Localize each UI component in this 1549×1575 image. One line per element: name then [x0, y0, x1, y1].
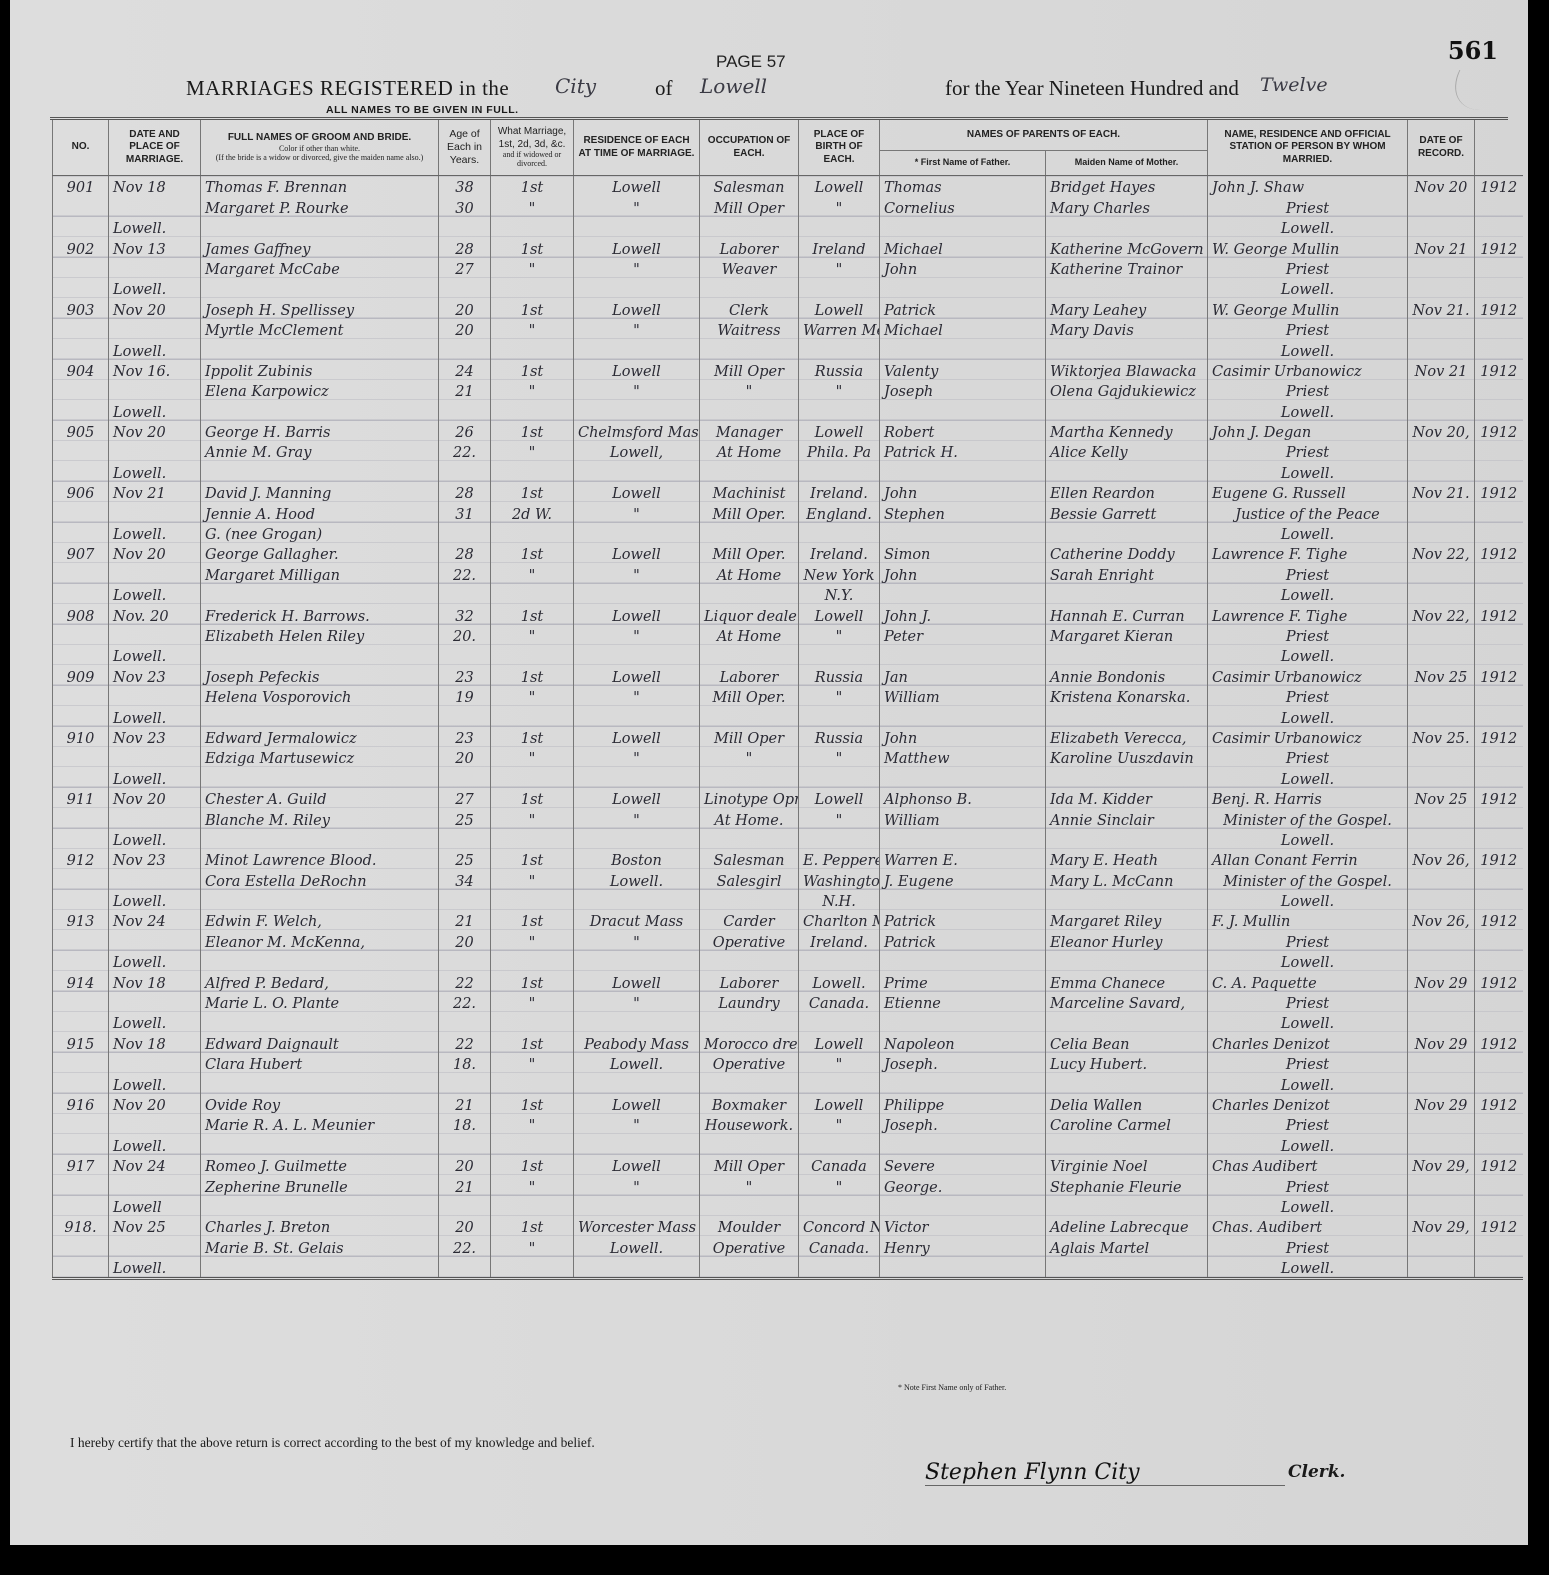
cell-groom: Charles J. Breton: [201, 1216, 439, 1236]
cell-empty: [109, 502, 201, 522]
cell-father-bride: William: [880, 808, 1046, 828]
cell-residence-bride: Lowell.: [574, 1236, 700, 1256]
cell-residence-groom: Lowell: [574, 298, 700, 318]
cell-empty: [53, 461, 109, 481]
cell-empty: [53, 502, 109, 522]
cell-birthplace-groom: Lowell: [799, 1094, 880, 1114]
cell-residence-bride: Lowell.: [574, 1053, 700, 1073]
cell-occupation-bride: At Home.: [700, 808, 799, 828]
cell-empty: [799, 1073, 880, 1093]
cell-father-groom: Prime: [880, 971, 1046, 991]
page-number: 561: [1448, 36, 1498, 65]
cell-marriage-bride: ": [491, 441, 574, 461]
cell-marriage-bride: ": [491, 930, 574, 950]
cell-empty: [201, 461, 439, 481]
cell-empty: [1408, 1175, 1475, 1195]
cell-empty: [700, 1257, 799, 1279]
cell-empty: [1408, 890, 1475, 910]
cell-age-groom: 25: [439, 849, 491, 869]
cell-record-year: 1912: [1475, 1094, 1523, 1114]
cell-groom: Chester A. Guild: [201, 788, 439, 808]
cell-empty: [574, 400, 700, 420]
cell-empty: [1475, 380, 1523, 400]
cell-age-bride: 22.: [439, 441, 491, 461]
cell-bride: Elizabeth Helen Riley: [201, 625, 439, 645]
cell-empty: [1408, 319, 1475, 339]
cell-officiant-residence: Lowell.: [1208, 400, 1408, 420]
cell-residence-bride: ": [574, 319, 700, 339]
cell-empty: [439, 523, 491, 543]
cell-marriage-groom: 1st: [491, 176, 574, 197]
cell-empty: [491, 278, 574, 298]
cell-empty: [1475, 1134, 1523, 1154]
cell-marriage-bride: ": [491, 196, 574, 216]
col-father: * First Name of Father.: [880, 151, 1046, 176]
page-title: MARRIAGES REGISTERED in the City of Lowe…: [10, 70, 1528, 110]
cell-record-date: Nov 21.: [1408, 298, 1475, 318]
cell-age-groom: 20: [439, 298, 491, 318]
col-record-date: Date of Record.: [1408, 120, 1475, 176]
cell-no: 902: [53, 237, 109, 257]
cell-residence-groom: Lowell: [574, 971, 700, 991]
cell-mother-groom: Emma Chanece: [1046, 971, 1208, 991]
cell-empty: [53, 1257, 109, 1279]
cell-empty: [53, 1196, 109, 1216]
cell-age-bride: 22.: [439, 1236, 491, 1256]
cell-father-groom: Severe: [880, 1155, 1046, 1175]
cell-empty: [1475, 1236, 1523, 1256]
cell-father-bride: Joseph.: [880, 1053, 1046, 1073]
cell-empty: [201, 1257, 439, 1279]
cell-father-groom: Patrick: [880, 298, 1046, 318]
cell-officiant-name: Casimir Urbanowicz: [1208, 665, 1408, 685]
cell-groom: Ovide Roy: [201, 1094, 439, 1114]
cell-empty: [109, 258, 201, 278]
cell-empty: [1475, 400, 1523, 420]
cell-record-year: 1912: [1475, 849, 1523, 869]
cell-marriage-bride: ": [491, 1114, 574, 1134]
register-entry-line: 914Nov 18Alfred P. Bedard,221stLowellLab…: [53, 971, 1523, 991]
register-entry-line: Zepherine Brunelle21""""George.Stephanie…: [53, 1175, 1523, 1195]
cell-empty: [799, 1257, 880, 1279]
cell-occupation-groom: Mill Oper: [700, 1155, 799, 1175]
cell-empty: [109, 1236, 201, 1256]
cell-age-groom: 38: [439, 176, 491, 197]
cell-groom: Joseph H. Spellissey: [201, 298, 439, 318]
register-entry-line: 915Nov 18Edward Daignault221stPeabody Ma…: [53, 1032, 1523, 1052]
register-entry-line: Lowell.Lowell.: [53, 951, 1523, 971]
cell-no: 913: [53, 910, 109, 930]
cell-empty: [700, 829, 799, 849]
cell-marriage-bride: ": [491, 808, 574, 828]
cell-empty: [1408, 869, 1475, 889]
cell-marriage-groom: 1st: [491, 971, 574, 991]
cell-residence-bride: ": [574, 380, 700, 400]
cell-empty: [574, 523, 700, 543]
cell-empty: [53, 278, 109, 298]
cell-marriage-groom: 1st: [491, 543, 574, 563]
cell-officiant-residence: Lowell.: [1208, 767, 1408, 787]
cell-officiant-station: Priest: [1208, 930, 1408, 950]
municipality-type: City: [555, 74, 596, 98]
cell-birthplace-bride: ": [799, 380, 880, 400]
cell-empty: [1475, 196, 1523, 216]
col-age: Age of Each in Years.: [439, 120, 491, 176]
cell-birthplace-bride: ": [799, 686, 880, 706]
cell-father-bride: Cornelius: [880, 196, 1046, 216]
cell-mother-bride: Stephanie Fleurie: [1046, 1175, 1208, 1195]
register-entry-line: Margaret P. Rourke30""Mill Oper"Corneliu…: [53, 196, 1523, 216]
cell-mother-bride: Aglais Martel: [1046, 1236, 1208, 1256]
cell-age-groom: 28: [439, 482, 491, 502]
cell-officiant-station: Priest: [1208, 1053, 1408, 1073]
cell-age-bride: 21: [439, 380, 491, 400]
cell-empty: [574, 217, 700, 237]
cell-officiant-name: F. J. Mullin: [1208, 910, 1408, 930]
cell-empty: [1046, 400, 1208, 420]
cell-bride: Margaret McCabe: [201, 258, 439, 278]
cell-birthplace-groom: Lowell: [799, 1032, 880, 1052]
cell-empty: [439, 1134, 491, 1154]
cell-empty: [491, 584, 574, 604]
cell-residence-bride: Lowell.: [574, 869, 700, 889]
cell-empty: [1408, 584, 1475, 604]
cell-birthplace-bride: ": [799, 625, 880, 645]
cell-empty: [1046, 1073, 1208, 1093]
col-mother: Maiden Name of Mother.: [1046, 151, 1208, 176]
title-prefix: MARRIAGES REGISTERED in the: [186, 76, 509, 101]
cell-no: 906: [53, 482, 109, 502]
cell-empty: [1046, 1012, 1208, 1032]
cell-mother-groom: Mary Leahey: [1046, 298, 1208, 318]
cell-officiant-station: Priest: [1208, 1114, 1408, 1134]
cell-empty: [1046, 278, 1208, 298]
cell-record-year: 1912: [1475, 543, 1523, 563]
cell-empty: [53, 869, 109, 889]
cell-record-year: 1912: [1475, 665, 1523, 685]
cell-empty: [439, 461, 491, 481]
cell-empty: [1475, 1257, 1523, 1279]
cell-empty: [201, 706, 439, 726]
cell-empty: [1408, 645, 1475, 665]
cell-marriage-groom: 1st: [491, 1155, 574, 1175]
cell-empty: [1475, 890, 1523, 910]
cell-officiant-residence: Lowell.: [1208, 829, 1408, 849]
cell-empty: [109, 869, 201, 889]
cell-marriage-groom: 1st: [491, 1094, 574, 1114]
cell-date: Nov. 20: [109, 604, 201, 624]
cell-father-bride: Joseph.: [880, 1114, 1046, 1134]
cell-birthplace-groom: Russia: [799, 360, 880, 380]
cell-age-bride: 34: [439, 869, 491, 889]
cell-empty: [799, 400, 880, 420]
cell-father-bride: Patrick H.: [880, 441, 1046, 461]
cell-empty: [491, 645, 574, 665]
cell-father-groom: Jan: [880, 665, 1046, 685]
cell-birthplace-bride: ": [799, 196, 880, 216]
cell-record-date: Nov 25: [1408, 665, 1475, 685]
cell-mother-bride: Bessie Garrett: [1046, 502, 1208, 522]
marriage-register-table: No. Date and Place of Marriage. Full Nam…: [52, 120, 1523, 1280]
cell-empty: [880, 1196, 1046, 1216]
cell-age-groom: 22: [439, 971, 491, 991]
cell-empty: [700, 1012, 799, 1032]
register-entry-line: Lowell.Lowell.: [53, 461, 1523, 481]
cell-date: Nov 20: [109, 298, 201, 318]
cell-record-year: 1912: [1475, 1155, 1523, 1175]
cell-empty: [109, 441, 201, 461]
cell-empty: [1046, 339, 1208, 359]
cell-groom: Ippolit Zubinis: [201, 360, 439, 380]
cell-father-bride: Patrick: [880, 930, 1046, 950]
cell-father-bride: Joseph: [880, 380, 1046, 400]
cell-groom: Edwin F. Welch,: [201, 910, 439, 930]
cell-occupation-bride: Operative: [700, 1236, 799, 1256]
cell-empty: [53, 808, 109, 828]
cell-empty: [700, 400, 799, 420]
cell-mother-bride: Mary Davis: [1046, 319, 1208, 339]
cell-empty: [1475, 992, 1523, 1012]
cell-officiant-name: Charles Denizot: [1208, 1094, 1408, 1114]
cell-empty: [439, 767, 491, 787]
cell-officiant-station: Minister of the Gospel.: [1208, 808, 1408, 828]
cell-empty: [491, 951, 574, 971]
cell-empty: [700, 767, 799, 787]
cell-record-year: 1912: [1475, 604, 1523, 624]
cell-empty: [491, 339, 574, 359]
cell-bride: Cora Estella DeRochn: [201, 869, 439, 889]
cell-occupation-groom: Salesman: [700, 176, 799, 197]
cell-empty: [1408, 747, 1475, 767]
cell-empty: [491, 706, 574, 726]
cell-empty: [799, 339, 880, 359]
col-date-place: Date and Place of Marriage.: [109, 120, 201, 176]
cell-age-groom: 28: [439, 237, 491, 257]
cell-mother-groom: Virginie Noel: [1046, 1155, 1208, 1175]
cell-empty: [799, 1012, 880, 1032]
cell-empty: [1408, 258, 1475, 278]
cell-empty: [1046, 1257, 1208, 1279]
cell-officiant-residence: Lowell.: [1208, 523, 1408, 543]
cell-place: Lowell.: [109, 278, 201, 298]
cell-residence-groom: Dracut Mass: [574, 910, 700, 930]
cell-no: 905: [53, 421, 109, 441]
cell-empty: [53, 523, 109, 543]
cell-empty: [799, 706, 880, 726]
cell-empty: [53, 1053, 109, 1073]
cell-empty: [1475, 645, 1523, 665]
register-entry-line: Lowell.Lowell.: [53, 1257, 1523, 1279]
cell-birthplace-bride: Phila. Pa: [799, 441, 880, 461]
cell-birthplace-bride: Canada.: [799, 992, 880, 1012]
cell-empty: [439, 1196, 491, 1216]
cell-officiant-residence: Lowell.: [1208, 951, 1408, 971]
cell-empty: [574, 339, 700, 359]
cell-officiant-residence: Lowell.: [1208, 278, 1408, 298]
cell-occupation-bride: ": [700, 747, 799, 767]
cell-mother-bride: Kristena Konarska.: [1046, 686, 1208, 706]
cell-occupation-groom: Salesman: [700, 849, 799, 869]
col-birthplace: Place of Birth of Each.: [799, 120, 880, 176]
cell-empty: [201, 217, 439, 237]
cell-empty: [201, 1134, 439, 1154]
cell-birthplace-groom: Ireland.: [799, 543, 880, 563]
cell-empty: [109, 808, 201, 828]
cell-officiant-name: John J. Degan: [1208, 421, 1408, 441]
cell-father-groom: Patrick: [880, 910, 1046, 930]
cell-empty: [1475, 461, 1523, 481]
register-entry-line: Jennie A. Hood312d W."Mill Oper.England.…: [53, 502, 1523, 522]
cell-empty: [53, 930, 109, 950]
cell-birthplace-groom: E. Pepperell Mass.: [799, 849, 880, 869]
cell-residence-groom: Lowell: [574, 237, 700, 257]
cell-empty: [574, 1012, 700, 1032]
cell-record-date: Nov 20: [1408, 176, 1475, 197]
cell-record-date: Nov 22,: [1408, 604, 1475, 624]
cell-officiant-name: Chas Audibert: [1208, 1155, 1408, 1175]
cell-empty: [1408, 625, 1475, 645]
cell-empty: [53, 829, 109, 849]
cell-empty: [53, 1114, 109, 1134]
cell-empty: [53, 400, 109, 420]
cell-empty: [880, 1134, 1046, 1154]
cell-record-date: Nov 21: [1408, 360, 1475, 380]
register-entry-line: 910Nov 23Edward Jermalowicz231stLowellMi…: [53, 727, 1523, 747]
cell-groom: Frederick H. Barrows.: [201, 604, 439, 624]
col-marriage: What Marriage, 1st, 2d, 3d, &c. and if w…: [491, 120, 574, 176]
cell-father-groom: Thomas: [880, 176, 1046, 197]
cell-date: Nov 24: [109, 910, 201, 930]
col-officiant: Name, Residence and Official Station of …: [1208, 120, 1408, 176]
cell-empty: [1046, 951, 1208, 971]
cell-birthplace-groom: Charlton Mass.: [799, 910, 880, 930]
cell-bride: Blanche M. Riley: [201, 808, 439, 828]
cell-place: Lowell.: [109, 767, 201, 787]
cell-empty: [1475, 258, 1523, 278]
cell-bride: Margaret Milligan: [201, 563, 439, 583]
cell-mother-groom: Margaret Riley: [1046, 910, 1208, 930]
cell-empty: [799, 1196, 880, 1216]
cell-officiant-station: Justice of the Peace: [1208, 502, 1408, 522]
cell-age-bride: 22.: [439, 563, 491, 583]
municipality-name: Lowell: [700, 74, 767, 98]
cell-empty: [1475, 1012, 1523, 1032]
cell-officiant-residence: Lowell.: [1208, 645, 1408, 665]
cell-marriage-groom: 1st: [491, 727, 574, 747]
cell-mother-bride: Margaret Kieran: [1046, 625, 1208, 645]
cell-officiant-station: Priest: [1208, 625, 1408, 645]
cell-empty: [1046, 461, 1208, 481]
cell-no: 912: [53, 849, 109, 869]
register-entry-line: Lowell.Lowell.: [53, 767, 1523, 787]
cell-record-year: 1912: [1475, 910, 1523, 930]
cell-officiant-residence: Lowell.: [1208, 339, 1408, 359]
cell-marriage-bride: ": [491, 992, 574, 1012]
cell-age-groom: 24: [439, 360, 491, 380]
cell-place: Lowell.: [109, 1134, 201, 1154]
cell-empty: [1408, 441, 1475, 461]
clerk-title: Clerk.: [1288, 1462, 1345, 1482]
cell-empty: [53, 1134, 109, 1154]
cell-officiant-residence: Lowell.: [1208, 1134, 1408, 1154]
cell-empty: [799, 217, 880, 237]
cell-residence-bride: ": [574, 930, 700, 950]
cell-birthplace-bride: New York: [799, 563, 880, 583]
cell-empty: [491, 890, 574, 910]
cell-empty: [439, 217, 491, 237]
cell-empty: [53, 563, 109, 583]
cell-empty: [491, 461, 574, 481]
cell-empty: [1475, 563, 1523, 583]
cell-empty: [1408, 992, 1475, 1012]
cell-empty: [109, 380, 201, 400]
cell-date: Nov 18: [109, 971, 201, 991]
cell-empty: [1475, 441, 1523, 461]
cell-age-bride: 21: [439, 1175, 491, 1195]
cell-officiant-station: Priest: [1208, 196, 1408, 216]
year-prefix: for the Year Nineteen Hundred and: [945, 76, 1239, 101]
cell-age-groom: 21: [439, 1094, 491, 1114]
cell-empty: [53, 1073, 109, 1093]
cell-birthplace-groom: Ireland.: [799, 482, 880, 502]
cell-empty: [880, 278, 1046, 298]
cell-empty: [1475, 339, 1523, 359]
cell-occupation-bride: ": [700, 380, 799, 400]
cell-empty: [53, 196, 109, 216]
cell-empty: [201, 584, 439, 604]
cell-marriage-bride: ": [491, 1236, 574, 1256]
cell-empty: [1475, 767, 1523, 787]
cell-officiant-name: Eugene G. Russell: [1208, 482, 1408, 502]
cell-empty: [574, 1134, 700, 1154]
cell-empty: [439, 1257, 491, 1279]
cell-empty: [1475, 808, 1523, 828]
cell-date: Nov 21: [109, 482, 201, 502]
cell-mother-groom: Catherine Doddy: [1046, 543, 1208, 563]
cell-empty: [53, 319, 109, 339]
cell-date: Nov 24: [109, 1155, 201, 1175]
register-entry-line: Margaret Milligan22.""At HomeNew YorkJoh…: [53, 563, 1523, 583]
col-names: Full Names of Groom and Bride. Color if …: [201, 120, 439, 176]
register-entry-line: Blanche M. Riley25""At Home."WilliamAnni…: [53, 808, 1523, 828]
cell-empty: [201, 767, 439, 787]
cell-empty: [1408, 461, 1475, 481]
cell-residence-groom: Lowell: [574, 665, 700, 685]
cell-father-groom: Valenty: [880, 360, 1046, 380]
cell-empty: [109, 196, 201, 216]
cell-occupation-groom: Machinist: [700, 482, 799, 502]
cell-empty: [700, 217, 799, 237]
cell-empty: [700, 645, 799, 665]
cell-empty: [880, 767, 1046, 787]
cell-father-bride: Stephen: [880, 502, 1046, 522]
cell-empty: [880, 400, 1046, 420]
cell-empty: [1408, 1012, 1475, 1032]
cell-empty: [491, 217, 574, 237]
register-entry-line: LowellLowell.: [53, 1196, 1523, 1216]
cell-birthplace-groom: Ireland: [799, 237, 880, 257]
cell-empty: [491, 1012, 574, 1032]
cell-place: Lowell.: [109, 1257, 201, 1279]
cell-record-date: Nov 26,: [1408, 910, 1475, 930]
cell-age-bride: 30: [439, 196, 491, 216]
cell-empty: [439, 584, 491, 604]
cell-age-groom: 26: [439, 421, 491, 441]
cell-place: Lowell.: [109, 400, 201, 420]
cell-no: 901: [53, 176, 109, 197]
cell-empty: [439, 890, 491, 910]
cell-empty: [53, 1175, 109, 1195]
